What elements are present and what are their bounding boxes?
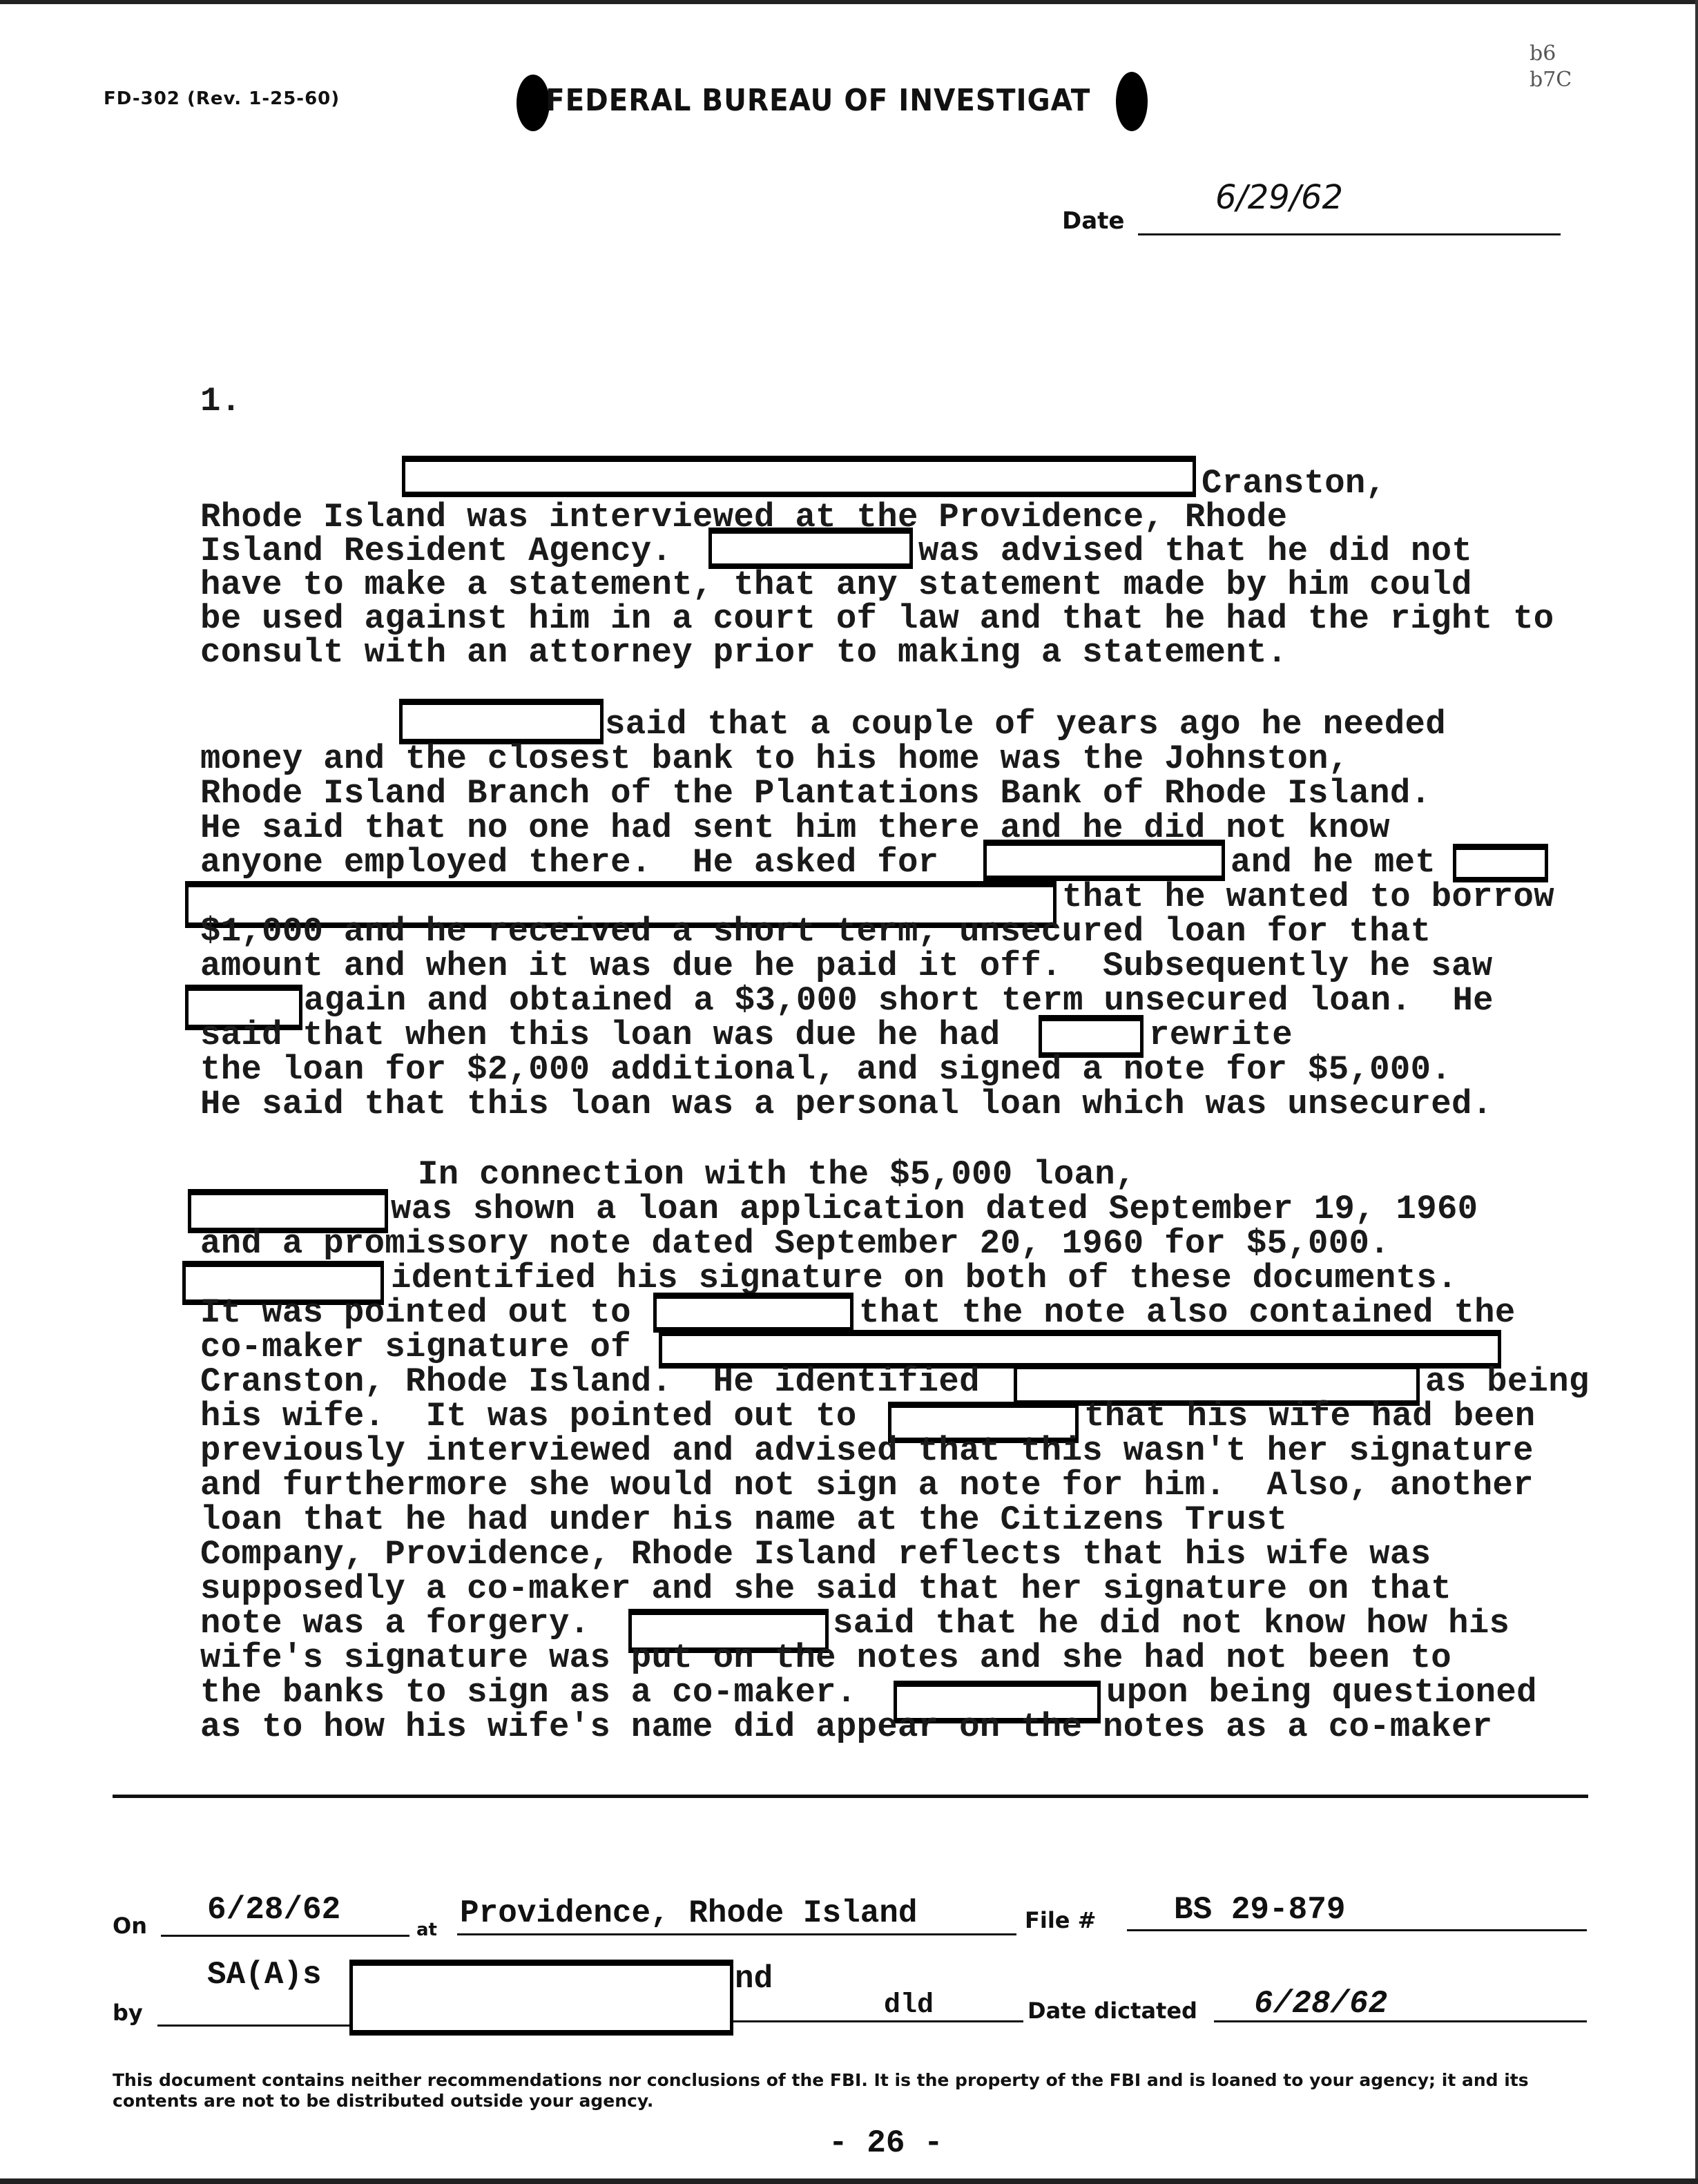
agent-title-prefix: SA(A)s (207, 1957, 322, 1993)
redaction-box (983, 840, 1225, 881)
punch-hole-left-icon (517, 75, 550, 131)
body-text: previously interviewed and advised that … (200, 1433, 1534, 1468)
body-text: that his wife had been (1084, 1399, 1536, 1433)
body-text: supposedly a co-maker and she said that … (200, 1572, 1451, 1606)
body-text: said that a couple of years ago he neede… (605, 707, 1446, 742)
body-text: his wife. It was pointed out to (200, 1399, 857, 1433)
body-text: the banks to sign as a co-maker. (200, 1675, 857, 1710)
section-divider (113, 1795, 1588, 1798)
body-text: as being (1425, 1364, 1590, 1399)
redaction-box (399, 699, 604, 744)
at-underline (457, 1933, 1016, 1935)
body-text: money and the closest bank to his home w… (200, 742, 1349, 776)
on-underline (161, 1935, 409, 1937)
redaction-box (402, 456, 1196, 497)
by-underline-right (733, 2020, 1023, 2022)
body-text: rewrite (1149, 1018, 1293, 1052)
body-text: co-maker signature of (200, 1330, 631, 1364)
body-text: amount and when it was due he paid it of… (200, 949, 1492, 983)
body-text: that he wanted to borrow (1062, 880, 1554, 914)
on-label: On (113, 1913, 147, 1939)
body-text: have to make a statement, that any state… (200, 568, 1472, 602)
body-text: again and obtained a $3,000 short term u… (304, 983, 1494, 1018)
by-label: by (113, 2000, 143, 2026)
redaction-box (349, 1960, 733, 2036)
typist-initials: dld (884, 1990, 934, 2021)
page-number: - 26 - (829, 2125, 943, 2161)
date-underline (1138, 233, 1561, 235)
agency-title: FEDERAL BUREAU OF INVESTIGAT (546, 83, 1090, 118)
body-text: note was a forgery. (200, 1606, 590, 1641)
file-number-underline (1127, 1929, 1587, 1931)
body-text: that the note also contained the (859, 1295, 1516, 1330)
form-id: FD-302 (Rev. 1-25-60) (104, 88, 340, 109)
disclaimer-text: This document contains neither recommend… (113, 2070, 1576, 2111)
section-numeral: 1. (200, 384, 241, 418)
punch-hole-right-icon (1116, 72, 1148, 131)
scan-edge-bottom (0, 2178, 1698, 2184)
body-text: and he met (1231, 845, 1436, 880)
body-text: said that when this loan was due he had (200, 1018, 1001, 1052)
file-number: BS 29-879 (1174, 1892, 1345, 1928)
body-text: Company, Providence, Rhode Island reflec… (200, 1537, 1431, 1572)
exemption-code-b6: b6 (1530, 41, 1556, 66)
by-underline-left (157, 2024, 351, 2027)
body-text: Cranston, (1202, 466, 1386, 501)
body-text: Island Resident Agency. (200, 534, 672, 568)
body-text: loan that he had under his name at the C… (200, 1502, 1287, 1537)
body-text: identified his signature on both of thes… (391, 1261, 1458, 1295)
body-text: and furthermore she would not sign a not… (200, 1468, 1534, 1502)
body-text: as to how his wife's name did appear on … (200, 1710, 1492, 1744)
date-value: 6/29/62 (1215, 178, 1343, 217)
body-text: In connection with the $5,000 loan, (418, 1157, 1136, 1192)
body-text: Cranston, Rhode Island. He identified (200, 1364, 980, 1399)
exemption-code-b7c: b7C (1530, 68, 1572, 92)
body-text: was shown a loan application dated Septe… (391, 1192, 1478, 1226)
body-text: be used against him in a court of law an… (200, 601, 1554, 636)
body-text: consult with an attorney prior to making… (200, 635, 1287, 670)
scan-edge-top (0, 0, 1698, 4)
body-text: He said that this loan was a personal lo… (200, 1087, 1492, 1121)
date-label: Date (1062, 207, 1124, 235)
body-text: $1,000 and he received a short term, uns… (200, 914, 1431, 949)
body-text: Rhode Island Branch of the Plantations B… (200, 776, 1431, 811)
date-dictated-label: Date dictated (1028, 1998, 1197, 2024)
redaction-box (653, 1293, 853, 1333)
file-number-label: File # (1025, 1907, 1096, 1933)
body-text: and a promissory note dated September 20… (200, 1226, 1390, 1261)
body-text: was advised that he did not (918, 534, 1472, 568)
document-page: FD-302 (Rev. 1-25-60) FEDERAL BUREAU OF … (0, 0, 1698, 2184)
agent-title-suffix: nd (735, 1961, 773, 1997)
body-text: upon being questioned (1106, 1675, 1537, 1710)
interview-location: Providence, Rhode Island (460, 1895, 918, 1931)
redaction-box (1453, 844, 1548, 882)
body-text: anyone employed there. He asked for (200, 845, 938, 880)
date-dictated: 6/28/62 (1254, 1986, 1387, 2022)
body-text: said that he did not know how his (833, 1606, 1509, 1641)
redaction-box (708, 528, 913, 569)
body-text: wife's signature was put on the notes an… (200, 1641, 1451, 1675)
scan-edge-right (1695, 0, 1698, 2184)
body-text: It was pointed out to (200, 1295, 631, 1330)
body-text: the loan for $2,000 additional, and sign… (200, 1052, 1451, 1087)
at-label: at (416, 1920, 437, 1940)
interview-date: 6/28/62 (207, 1892, 340, 1928)
